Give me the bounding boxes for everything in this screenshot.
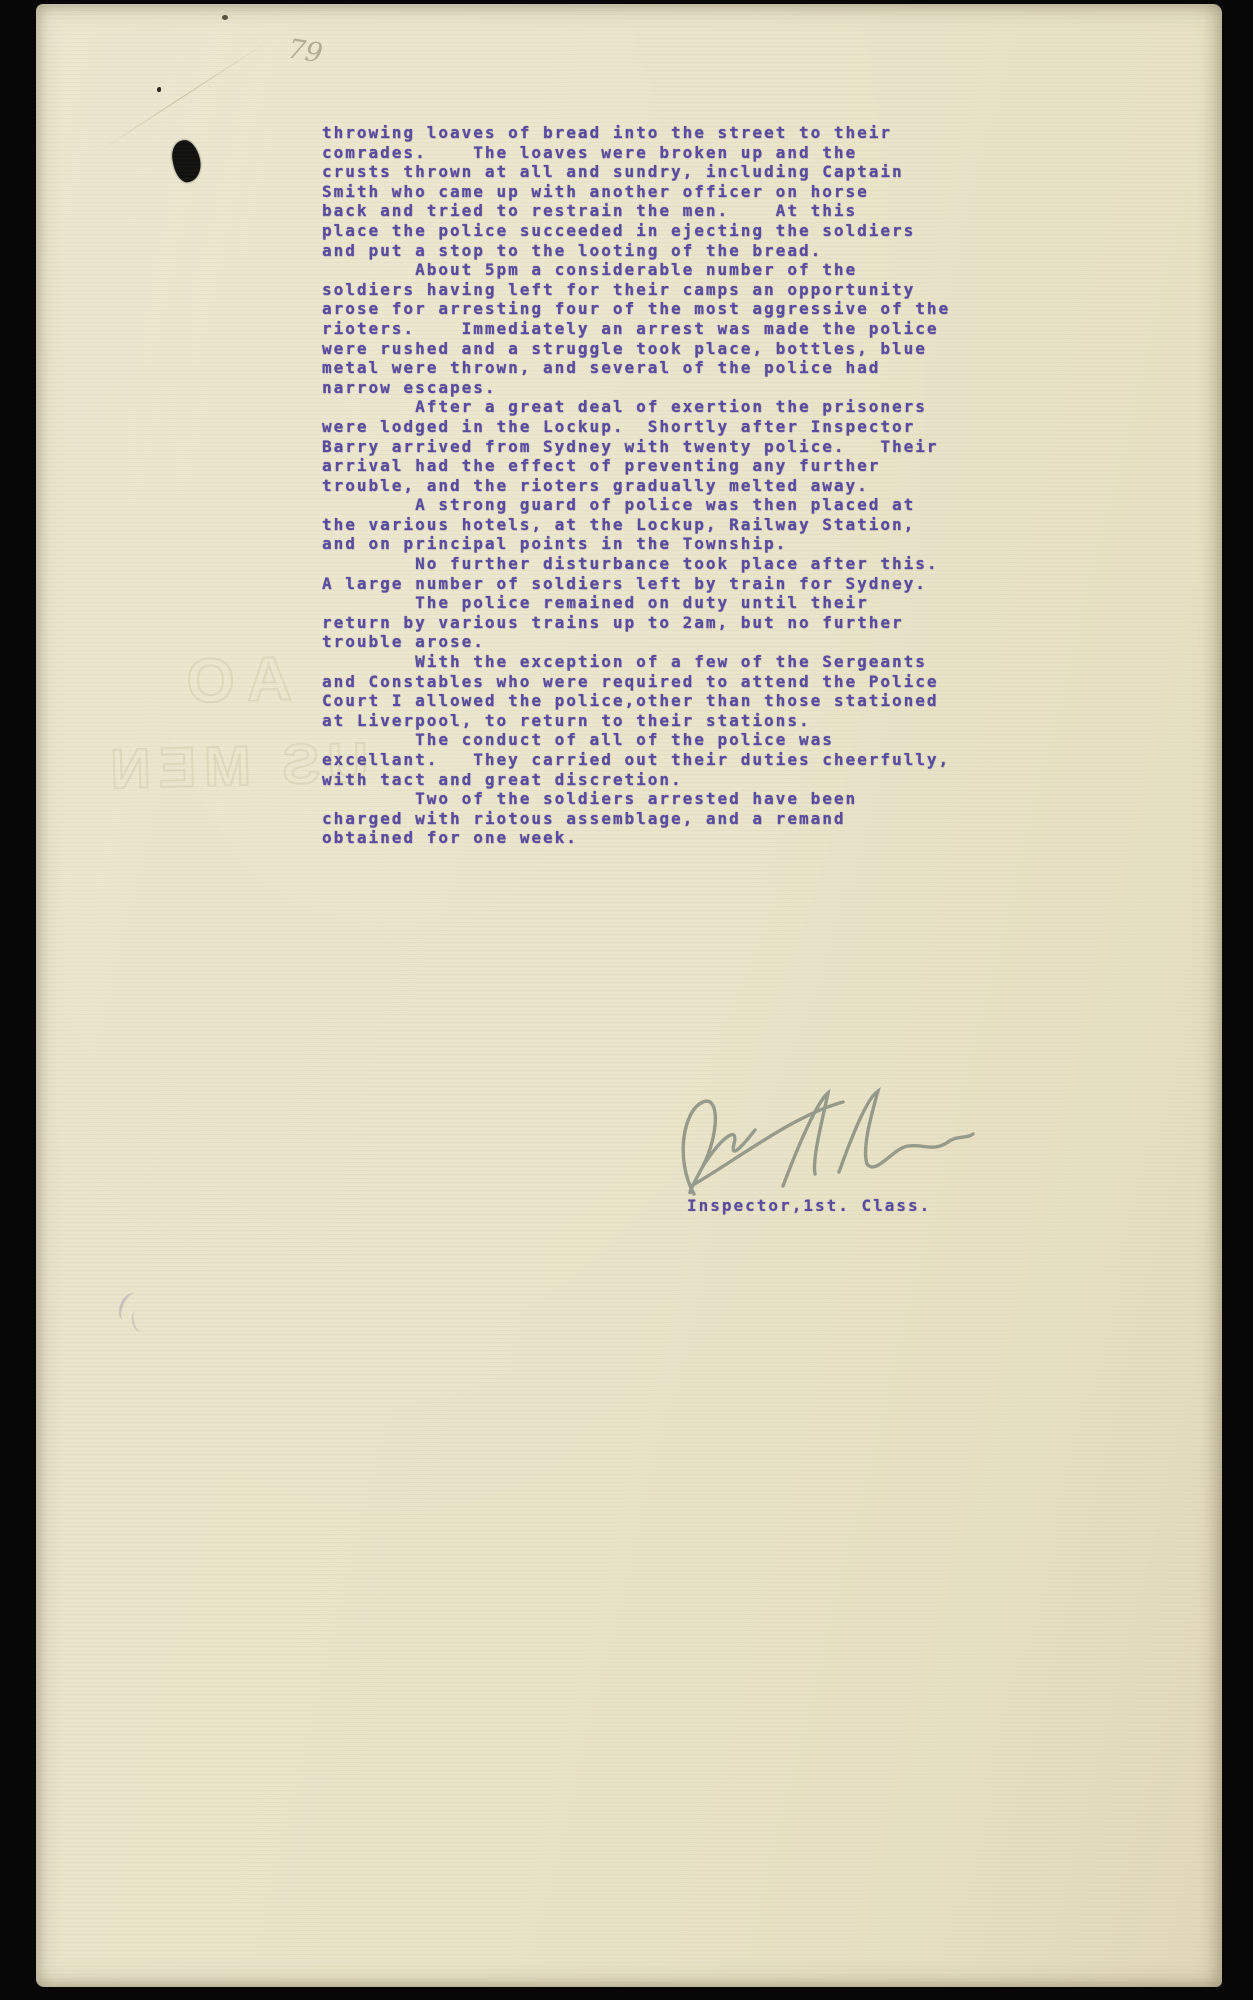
scanned-document-page: { "page": { "page_number": "79", "typed_… xyxy=(0,0,1253,2000)
typed-line: Smith who came up with another officer o… xyxy=(322,182,982,202)
typed-line: were lodged in the Lockup. Shortly after… xyxy=(322,417,982,437)
typed-line: trouble, and the rioters gradually melte… xyxy=(322,476,982,496)
typed-line: With the exception of a few of the Serge… xyxy=(322,652,982,672)
ink-blot xyxy=(169,138,204,185)
typed-line: at Liverpool, to return to their station… xyxy=(322,711,982,731)
typed-line: Court I allowed the police,other than th… xyxy=(322,691,982,711)
typed-line: back and tried to restrain the men. At t… xyxy=(322,201,982,221)
typed-line: The police remained on duty until their xyxy=(322,593,982,613)
typed-line: charged with riotous assemblage, and a r… xyxy=(322,809,982,829)
typed-line: obtained for one week. xyxy=(322,828,982,848)
typed-line: narrow escapes. xyxy=(322,378,982,398)
typed-line: excellant. They carried out their duties… xyxy=(322,750,982,770)
typed-line: were rushed and a struggle took place, b… xyxy=(322,339,982,359)
paper-sheet: AO US MEN 79 throwing loaves of bread in… xyxy=(36,4,1222,1987)
typed-line: and Constables who were required to atte… xyxy=(322,672,982,692)
typed-line: The conduct of all of the police was xyxy=(322,730,982,750)
typed-line: metal were thrown, and several of the po… xyxy=(322,358,982,378)
typed-report-text: throwing loaves of bread into the street… xyxy=(322,123,982,848)
typed-line: throwing loaves of bread into the street… xyxy=(322,123,982,143)
typed-line: soldiers having left for their camps an … xyxy=(322,280,982,300)
typed-line: No further disturbance took place after … xyxy=(322,554,982,574)
paper-crease xyxy=(94,40,271,155)
typed-line: comrades. The loaves were broken up and … xyxy=(322,143,982,163)
typed-line: and on principal points in the Township. xyxy=(322,534,982,554)
typed-line: A large number of soldiers left by train… xyxy=(322,574,982,594)
typed-line: After a great deal of exertion the priso… xyxy=(322,397,982,417)
dirt-speck xyxy=(222,15,228,20)
typed-line: the various hotels, at the Lockup, Railw… xyxy=(322,515,982,535)
typed-line: arose for arresting four of the most agg… xyxy=(322,299,982,319)
typed-line: return by various trains up to 2am, but … xyxy=(322,613,982,633)
pencil-page-number: 79 xyxy=(286,34,325,70)
typed-line: place the police succeeded in ejecting t… xyxy=(322,221,982,241)
typed-line: trouble arose. xyxy=(322,632,982,652)
ink-smudge xyxy=(130,1309,149,1334)
typed-line: Barry arrived from Sydney with twenty po… xyxy=(322,437,982,457)
typed-line: A strong guard of police was then placed… xyxy=(322,495,982,515)
typed-line: with tact and great discretion. xyxy=(322,770,982,790)
dirt-speck xyxy=(157,87,161,92)
typed-line: rioters. Immediately an arrest was made … xyxy=(322,319,982,339)
typed-line: arrival had the effect of preventing any… xyxy=(322,456,982,476)
typed-line: crusts thrown at all and sundry, includi… xyxy=(322,162,982,182)
typed-line: Two of the soldiers arrested have been xyxy=(322,789,982,809)
typed-line: About 5pm a considerable number of the xyxy=(322,260,982,280)
signature-title-line: Inspector,1st. Class. xyxy=(687,1196,931,1215)
typed-line: and put a stop to the looting of the bre… xyxy=(322,241,982,261)
